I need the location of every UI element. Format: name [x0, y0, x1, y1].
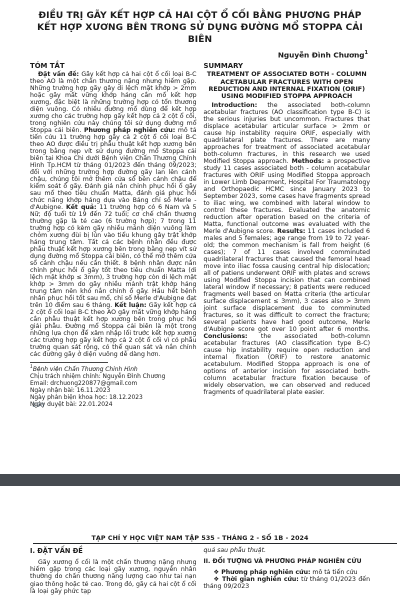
column-vietnamese-abstract: TÓM TẮT Đặt vấn đề: Gãy kết hợp cả hai c…: [30, 62, 197, 408]
article-title-line-1: ĐIỀU TRỊ GÃY KẾT HỢP CẢ HAI CỘT Ổ CỐI BẰ…: [28, 10, 372, 22]
article-title: ĐIỀU TRỊ GÃY KẾT HỢP CẢ HAI CỘT Ổ CỐI BẰ…: [28, 10, 372, 46]
page-number: 190: [32, 401, 44, 409]
two-column-body-page2: I. ĐẶT VẤN ĐỀ Gãy xương ổ cối là một chấ…: [30, 547, 370, 595]
section-heading-intro: I. ĐẶT VẤN ĐỀ: [30, 547, 197, 555]
continuation-text: quả sau phẫu thuật.: [204, 547, 371, 554]
abstract-en-label-conclusions: Conclusions:: [204, 333, 248, 340]
footnote-rule: [30, 362, 108, 363]
footnote-review-date: Ngày phản biện khoa học: 18.12.2023: [30, 395, 197, 402]
journal-page-1: ĐIỀU TRỊ GÃY KẾT HỢP CẢ HAI CỘT Ổ CỐI BẰ…: [0, 0, 400, 474]
two-column-body: TÓM TẮT Đặt vấn đề: Gãy kết hợp cả hai c…: [30, 62, 370, 408]
abstract-vi: Đặt vấn đề: Gãy kết hợp cả hai cột ổ cối…: [30, 71, 197, 358]
author-affiliation-marker: 1: [365, 50, 368, 56]
section-heading-methods: II. ĐỐI TƯỢNG VÀ PHƯƠNG PHÁP NGHIÊN CỨU: [204, 558, 371, 565]
header-rule: [33, 543, 397, 544]
bullet-time: ❖ Thời gian nghiên cứu: từ tháng 01/2023…: [204, 576, 371, 590]
intro-paragraph: Gãy xương ổ cối là một chấn thương nặng …: [30, 559, 197, 595]
article-title-line-2: KẾT HỢP XƯƠNG BÊN TRONG SỬ DỤNG ĐƯỜNG MỔ…: [28, 22, 372, 46]
column-english-summary: SUMMARY TREATMENT OF ASSOCIATED BOTH - C…: [204, 62, 371, 408]
footnote-affiliation: 1Bệnh viện Chấn Thương Chỉnh Hình: [30, 365, 197, 374]
abstract-heading-vi: TÓM TẮT: [30, 62, 197, 70]
abstract-en-label-results: Results:: [277, 228, 305, 235]
footnote-corresponding: Chịu trách nhiệm chính: Nguyễn Đình Chươ…: [30, 374, 197, 381]
column-methods: quả sau phẫu thuật. II. ĐỐI TƯỢNG VÀ PHƯ…: [204, 547, 371, 595]
abstract-en-label-methods: Methods:: [292, 158, 325, 165]
pdf-viewer[interactable]: { "colors": { "viewer_gap": "#464b50", "…: [0, 0, 400, 600]
journal-page-2: TẠP CHÍ Y HỌC VIỆT NAM TẬP 535 - THÁNG 2…: [0, 486, 400, 600]
footnote-received-date: Ngày nhận bài: 16.11.2023: [30, 388, 197, 395]
journal-running-header: TẠP CHÍ Y HỌC VIỆT NAM TẬP 535 - THÁNG 2…: [0, 535, 400, 542]
author-name: Nguyễn Đình Chương1: [0, 50, 368, 59]
footnote-accepted-date: Ngày duyệt bài: 22.01.2024: [30, 402, 197, 409]
abstract-en-label-introduction: Introduction:: [212, 102, 258, 109]
summary-title-en: TREATMENT OF ASSOCIATED BOTH - COLUMN AC…: [206, 71, 369, 100]
summary-heading: SUMMARY: [204, 62, 371, 70]
footnote: 1Bệnh viện Chấn Thương Chỉnh Hình Chịu t…: [30, 365, 197, 408]
column-introduction: I. ĐẶT VẤN ĐỀ Gãy xương ổ cối là một chấ…: [30, 547, 197, 595]
abstract-en: Introduction: the associated both-column…: [204, 102, 371, 396]
